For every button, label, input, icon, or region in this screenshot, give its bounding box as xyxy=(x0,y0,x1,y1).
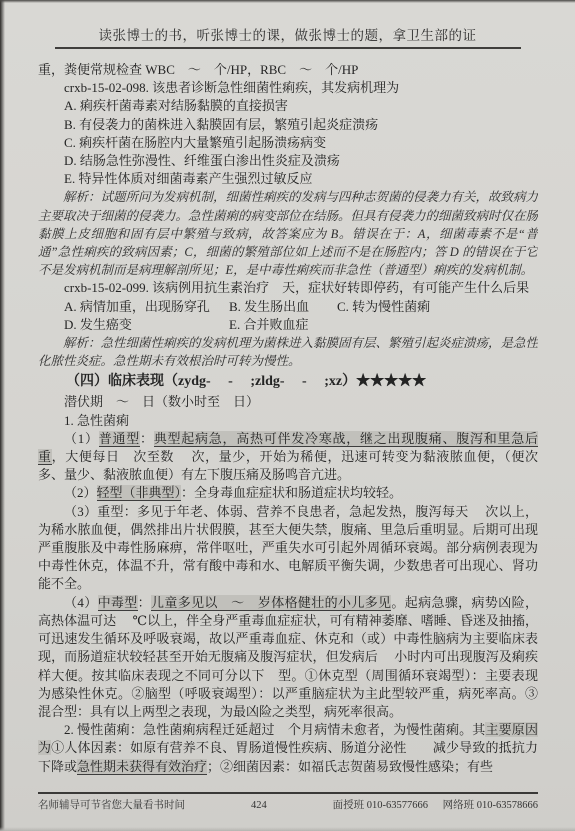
question-099-options-row-1-segment: C. 转为慢性菌痢 xyxy=(337,299,430,314)
question-098-option-c: C. 痢疾杆菌在肠腔内大量繁殖引起肠溃疡病变 xyxy=(38,134,538,152)
scan-edge-left xyxy=(0,0,5,831)
type-ordinary-paragraph: （1）普通型：典型起病急，高热可伴发冷寒战，继之出现腹痛、腹泻和里急后重，大便每… xyxy=(38,430,538,485)
section-heading-clinical: （四）临床表现（zydg- - ;zldg- - ;xz）★★★★★ xyxy=(38,370,538,393)
section-heading-clinical-segment: （四）临床表现（zydg- - ;zldg- - ;xz）★★★★★ xyxy=(66,374,426,389)
scan-edge-top xyxy=(0,0,575,3)
document-body: 重，粪便常规检查 WBC ～ 个/HP，RBC ～ 个/HPcrxb-15-02… xyxy=(38,61,538,789)
question-098-option-b-segment: B. 有侵袭力的菌株进入黏膜固有层，繁殖引起炎症溃疡 xyxy=(64,117,378,132)
online-class-phone: 网络班 010-63578666 xyxy=(443,800,538,811)
question-098-option-e: E. 特异性体质对细菌毒素产生强烈过敏反应 xyxy=(38,170,538,188)
type-mild-paragraph-segment: 轻型（非典型） xyxy=(97,485,182,501)
type-toxic-paragraph-segment: （4） xyxy=(64,595,98,610)
question-099-analysis-segment: 解析：急性细菌性痢疾的发病机理为菌株进入黏膜固有层、繁殖引起炎症溃疡，是急性化脓… xyxy=(38,336,538,368)
page-footer: 名师辅导可节省您大量看书时间 424 面授班 010-63577666 网络班 … xyxy=(38,797,538,812)
chronic-dysentery-paragraph-segment: ；②细菌因素：如福氏志贺菌易致慢性感染；有些 xyxy=(207,759,493,774)
page-header-slogan: 读张博士的书，听张博士的课，做张博士的题，拿卫生部的证 xyxy=(40,24,535,44)
type-mild-paragraph: （2）轻型（非典型）：全身毒血症症状和肠道症状均较轻。 xyxy=(38,484,538,502)
type-ordinary-paragraph-segment: （1） xyxy=(64,431,99,446)
onsite-class-phone: 面授班 010-63577666 xyxy=(333,800,428,811)
chronic-dysentery-paragraph-segment: 2. 慢性菌痢：急性菌痢病程迁延超过 个月病情未愈者，为慢性菌痢。其 xyxy=(64,722,485,737)
type-mild-paragraph-segment: （2） xyxy=(64,485,97,500)
question-098-option-a-segment: A. 痢疾杆菌毒素对结肠黏膜的直接损害 xyxy=(64,98,288,113)
type-toxic-paragraph-segment: ： xyxy=(138,595,151,610)
type-severe-paragraph-segment: （3）重型：多见于年老、体弱、营养不良患者，急起发热，腹泻每天 次以上，为稀水脓… xyxy=(38,504,538,592)
question-098-stem: crxb-15-02-098. 该患者诊断急性细菌性痢疾，其发病机理为 xyxy=(38,79,538,97)
type-mild-paragraph-segment: ：全身毒血症症状和肠道症状均较轻。 xyxy=(181,485,402,500)
question-098-option-d: D. 结肠急性弥漫性、纤维蛋白渗出性炎症及溃疡 xyxy=(38,152,538,170)
question-098-analysis-segment: 解析：试题所问为发病机制，细菌性痢疾的发病与四种志贺菌的侵袭力有关，故致病力主要… xyxy=(38,190,538,277)
question-099-options-row-1-segment: A. 病情加重，出现肠穿孔 xyxy=(64,298,229,316)
type-ordinary-paragraph-segment: ： xyxy=(140,431,154,446)
question-099-options-row-2: D. 发生癌变E. 合并败血症 xyxy=(38,316,538,334)
type-ordinary-paragraph-segment: 普通型 xyxy=(99,431,140,447)
acute-dysentery-heading-segment: 1. 急性菌痢 xyxy=(64,413,129,428)
question-098-analysis: 解析：试题所问为发病机制，细菌性痢疾的发病与四种志贺菌的侵袭力有关，故致病力主要… xyxy=(38,188,538,279)
question-098-option-c-segment: C. 痢疾杆菌在肠腔内大量繁殖引起肠溃疡病变 xyxy=(64,135,326,150)
question-099-stem-segment: crxb-15-02-099. 该病例用抗生素治疗 天，症状好转即停药，有可能产… xyxy=(64,280,529,295)
header-rule xyxy=(55,47,521,49)
question-099-analysis: 解析：急性细菌性痢疾的发病机理为菌株进入黏膜固有层、繁殖引起炎症溃疡，是急性化脓… xyxy=(38,334,538,370)
question-098-option-a: A. 痢疾杆菌毒素对结肠黏膜的直接损害 xyxy=(38,97,538,115)
type-toxic-paragraph-segment: 。起病急骤，病势凶险，高热体温可达 ℃以上，伴全身严重毒血症症状，可有精神萎靡、… xyxy=(38,595,538,719)
incubation-line-segment: 潜伏期 ～ 日（数小时至 日） xyxy=(64,394,259,409)
scan-edge-bottom xyxy=(0,827,575,831)
question-099-options-row-1: A. 病情加重，出现肠穿孔B. 发生肠出血C. 转为慢性菌痢 xyxy=(38,298,538,316)
scanned-book-page: 读张博士的书，听张博士的课，做张博士的题，拿卫生部的证 重，粪便常规检查 WBC… xyxy=(0,0,575,831)
type-ordinary-paragraph-segment: ，大便每日 次至数 次，量少，开始为稀便，迅速可转变为黏液脓血便，（便次多、量少… xyxy=(38,449,538,482)
question-098-stem-segment: crxb-15-02-098. 该患者诊断急性细菌性痢疾，其发病机理为 xyxy=(64,80,399,95)
question-099-stem: crxb-15-02-099. 该病例用抗生素治疗 天，症状好转即停药，有可能产… xyxy=(38,279,538,297)
stool-exam-line: 重，粪便常规检查 WBC ～ 个/HP，RBC ～ 个/HP xyxy=(38,61,538,79)
type-severe-paragraph: （3）重型：多见于年老、体弱、营养不良患者，急起发热，腹泻每天 次以上，为稀水脓… xyxy=(38,503,538,594)
footer-tagline: 名师辅导可节省您大量看书时间 xyxy=(38,797,185,812)
question-099-options-row-1-segment: B. 发生肠出血 xyxy=(229,298,337,316)
stool-exam-line-segment: 重，粪便常规检查 WBC ～ 个/HP，RBC ～ 个/HP xyxy=(38,62,358,77)
incubation-line: 潜伏期 ～ 日（数小时至 日） xyxy=(38,393,538,411)
question-098-option-b: B. 有侵袭力的菌株进入黏膜固有层，繁殖引起炎症溃疡 xyxy=(38,116,538,134)
chronic-dysentery-paragraph-segment: 急性期未获得有效治疗 xyxy=(77,759,207,775)
question-099-options-row-2-segment: D. 发生癌变 xyxy=(64,316,229,334)
acute-dysentery-heading: 1. 急性菌痢 xyxy=(38,412,538,430)
type-toxic-paragraph-segment: 中毒型 xyxy=(98,595,138,611)
question-098-option-e-segment: E. 特异性体质对细菌毒素产生强烈过敏反应 xyxy=(64,171,312,186)
footer-phones: 面授班 010-63577666 网络班 010-63578666 xyxy=(333,797,538,812)
type-toxic-paragraph: （4）中毒型：儿童多见以 ～ 岁体格健壮的小儿多见。起病急骤，病势凶险，高热体温… xyxy=(38,594,538,721)
question-099-options-row-2-segment: E. 合并败血症 xyxy=(229,317,308,332)
footer-rule xyxy=(38,792,538,794)
type-toxic-paragraph-segment: 儿童多见以 ～ 岁体格健壮的小儿多见 xyxy=(151,595,391,611)
chronic-dysentery-paragraph: 2. 慢性菌痢：急性菌痢病程迁延超过 个月病情未愈者，为慢性菌痢。其主要原因为①… xyxy=(38,721,538,776)
question-098-option-d-segment: D. 结肠急性弥漫性、纤维蛋白渗出性炎症及溃疡 xyxy=(64,153,340,168)
page-number: 424 xyxy=(251,800,267,811)
